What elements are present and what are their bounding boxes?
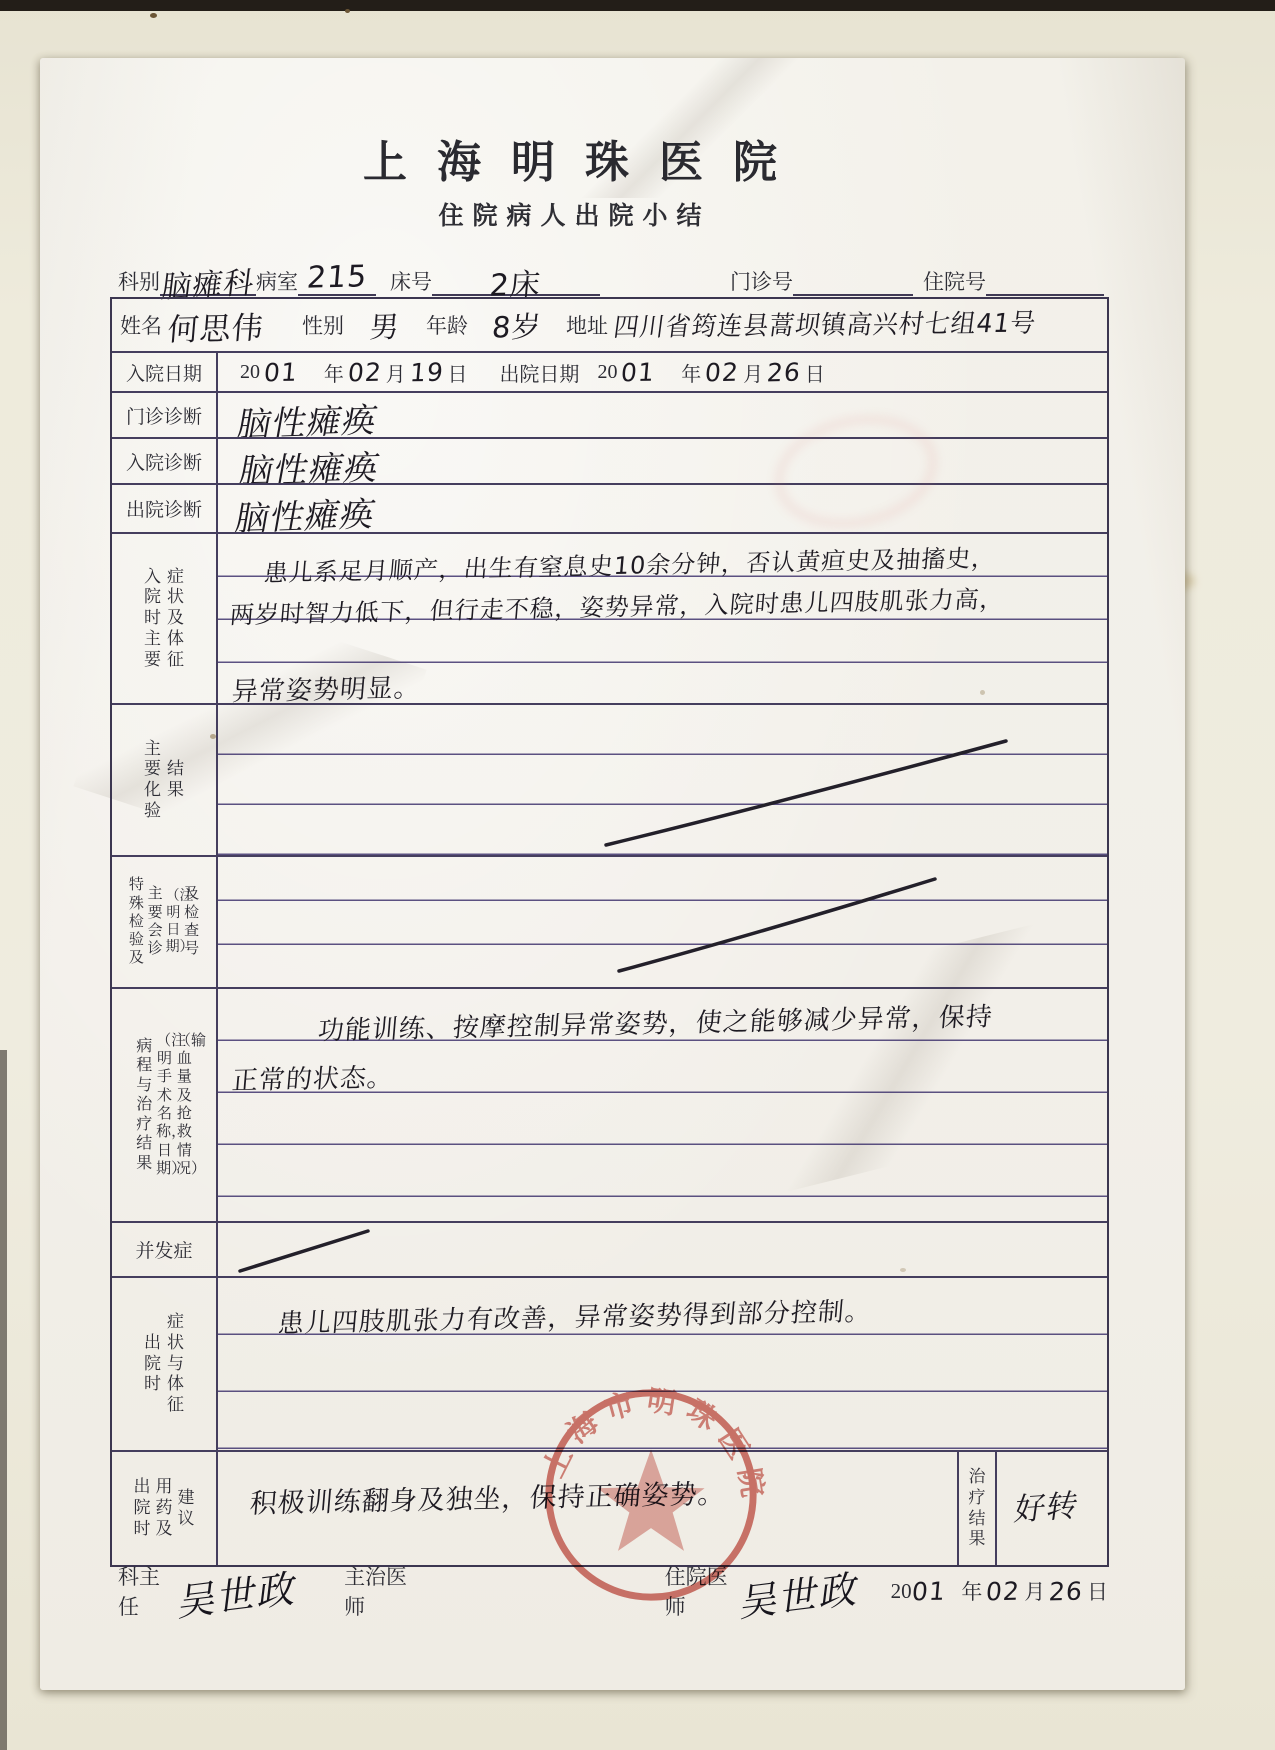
outpatient-no-field	[793, 260, 913, 296]
bed-field: 2床	[432, 260, 600, 296]
label-col: 病程与治疗结果	[135, 1037, 153, 1174]
discharge-year-value: 01	[620, 357, 656, 387]
label-col: 及检查号	[183, 885, 200, 958]
discharge-diagnosis-row: 出院诊断 脑性瘫痪	[112, 483, 1107, 532]
form-paper: 上海明珠医院 住院病人出院小结 科别 脑瘫科 病室 215 床号 2床 门诊号 …	[40, 58, 1185, 1690]
admission-year-value: 01	[263, 357, 299, 387]
course-treatment-label: 病程与治疗结果 （注明手术名称，日期） （输血量及抢救情况）	[112, 989, 218, 1221]
special-exams-label: 特殊检验及 主要会诊 （注明日期） 及检查号	[112, 857, 218, 987]
course-line: 正常的状态。	[231, 1042, 1107, 1098]
admission-symptoms-row: 入院时主要 症状及体征 患儿系足月顺产，出生有窒息史10余分钟，否认黄疸史及抽搐…	[112, 532, 1107, 703]
label-col: 出院时	[132, 1477, 151, 1539]
address-value: 四川省筠连县蒿坝镇高兴村七组41号	[612, 302, 1039, 343]
sig-date-month: 02	[985, 1576, 1021, 1606]
month-char: 月	[743, 358, 763, 387]
discharge-diagnosis-value: 脑性瘫痪	[232, 486, 381, 532]
dept-head-signature: 吴世政	[176, 1555, 307, 1627]
outpatient-no-label: 门诊号	[730, 266, 793, 296]
label-col: 建议	[177, 1488, 196, 1529]
address-label: 地址	[566, 310, 608, 340]
year-char: 年	[681, 358, 701, 387]
course-treatment-row: 病程与治疗结果 （注明手术名称，日期） （输血量及抢救情况） 功能训练、按摩控制…	[112, 987, 1107, 1221]
form-title: 住院病人出院小结	[40, 196, 1100, 232]
label-col: （注明手术名称，日期）	[156, 1032, 173, 1178]
symptoms-line: 异常姿势明显。	[231, 653, 1107, 703]
treatment-outcome-label: 治疗结果	[957, 1452, 997, 1565]
age-value: 8岁	[472, 304, 561, 347]
label-col: 症状及体征	[166, 567, 185, 671]
sex-label: 性别	[302, 310, 344, 340]
discharge-century: 20	[597, 361, 617, 384]
dept-head-label: 科主任	[118, 1561, 171, 1621]
discharge-day-value: 26	[766, 357, 802, 387]
label-col: 用药及	[154, 1477, 173, 1539]
sex-value: 男	[348, 304, 421, 347]
discharge-diagnosis-label: 出院诊断	[112, 485, 218, 532]
admission-century: 20	[240, 361, 260, 384]
label-col: 入院时主要	[143, 567, 162, 671]
admission-symptoms-label: 入院时主要 症状及体征	[112, 534, 218, 703]
age-label: 年龄	[426, 310, 468, 340]
bed-label: 床号	[390, 266, 432, 296]
label-col: 主要化验	[143, 739, 162, 822]
hospital-title: 上海明珠医院	[40, 126, 1100, 190]
treatment-outcome-value: 好转	[1012, 1479, 1082, 1529]
ward-label: 病室	[256, 266, 298, 296]
discharge-date-label: 出院日期	[499, 358, 579, 387]
day-char: 日	[447, 358, 467, 387]
year-char: 年	[961, 1576, 982, 1606]
admission-date-label: 入院日期	[112, 353, 218, 391]
hospital-round-stamp: 上海市明珠医院	[532, 1376, 770, 1614]
scan-left-edge-shadow	[0, 1050, 7, 1750]
month-char: 月	[1024, 1576, 1045, 1606]
admission-diagnosis-value: 脑性瘫痪	[235, 440, 384, 483]
meta-row: 科别 脑瘫科 病室 215 床号 2床 门诊号 住院号	[118, 250, 1118, 296]
inpatient-no-field	[986, 260, 1104, 296]
scan-speck	[150, 13, 157, 18]
month-char: 月	[386, 358, 406, 387]
ward-field: 215	[298, 260, 376, 296]
scanned-discharge-summary: { "colors": { "stamp_red": "#c4453a", "i…	[0, 0, 1275, 1750]
sig-date-day: 26	[1048, 1576, 1084, 1606]
complications-label: 并发症	[112, 1223, 218, 1276]
dates-row: 入院日期 20 01 年 02 月 19 日 出院日期 20 01 年 02 月…	[112, 351, 1107, 391]
label-col: （输血量及抢救情况）	[176, 1032, 193, 1178]
discharge-month-value: 02	[704, 357, 740, 387]
admission-diagnosis-label: 入院诊断	[112, 439, 218, 483]
complications-row: 并发症	[112, 1221, 1107, 1276]
ward-value: 215	[305, 259, 368, 295]
label-col: 特殊检验及	[128, 876, 145, 967]
label-col: 主要会诊	[147, 885, 164, 958]
outpatient-diagnosis-label: 门诊诊断	[112, 393, 218, 437]
admission-diagnosis-row: 入院诊断 脑性瘫痪	[112, 437, 1107, 483]
sig-date-century: 20	[891, 1579, 912, 1604]
treatment-outcome-cell: 好转	[997, 1452, 1107, 1565]
label-col: 出院时	[143, 1333, 162, 1395]
scan-speck	[345, 9, 350, 13]
admission-day-value: 19	[408, 357, 444, 387]
dept-label: 科别	[118, 266, 160, 296]
label-col: （注明日期）	[166, 888, 182, 956]
discharge-symptoms-label: 出院时 症状与体征	[112, 1278, 218, 1450]
scan-top-shadow-band	[0, 0, 1275, 11]
label-col: 治疗结果	[967, 1467, 986, 1550]
special-exams-row: 特殊检验及 主要会诊 （注明日期） 及检查号	[112, 855, 1107, 987]
label-col: 症状与体征	[166, 1312, 185, 1416]
lab-results-label: 主要化验 结果	[112, 705, 218, 855]
day-char: 日	[805, 358, 825, 387]
year-char: 年	[324, 358, 344, 387]
empty-slash-mark	[236, 1227, 376, 1275]
dept-field: 脑瘫科	[160, 260, 256, 296]
outpatient-diagnosis-row: 门诊诊断 脑性瘫痪	[112, 391, 1107, 437]
day-char: 日	[1087, 1576, 1108, 1606]
name-label: 姓名	[120, 310, 162, 340]
discharge-advice-label: 出院时 用药及 建议	[112, 1452, 218, 1565]
label-col: 结果	[166, 759, 185, 800]
patient-row: 姓名 何思伟 性别 男 年龄 8岁 地址 四川省筠连县蒿坝镇高兴村七组41号	[112, 299, 1107, 351]
empty-slash-mark	[613, 873, 943, 978]
name-value: 何思伟	[166, 301, 298, 349]
empty-slash-mark	[598, 733, 1018, 853]
course-line: 功能训练、按摩控制异常姿势，使之能够减少异常，保持	[317, 992, 1107, 1048]
lab-results-row: 主要化验 结果	[112, 703, 1107, 855]
admission-month-value: 02	[347, 357, 383, 387]
stamp-star	[597, 1449, 704, 1551]
outpatient-diagnosis-value: 脑性瘫痪	[234, 393, 383, 437]
sig-date-year: 01	[910, 1576, 946, 1606]
discharge-symptoms-line: 患儿四肢肌张力有改善，异常姿势得到部分控制。	[277, 1285, 1107, 1341]
inpatient-no-label: 住院号	[923, 266, 986, 296]
attending-label: 主治医师	[344, 1561, 414, 1621]
